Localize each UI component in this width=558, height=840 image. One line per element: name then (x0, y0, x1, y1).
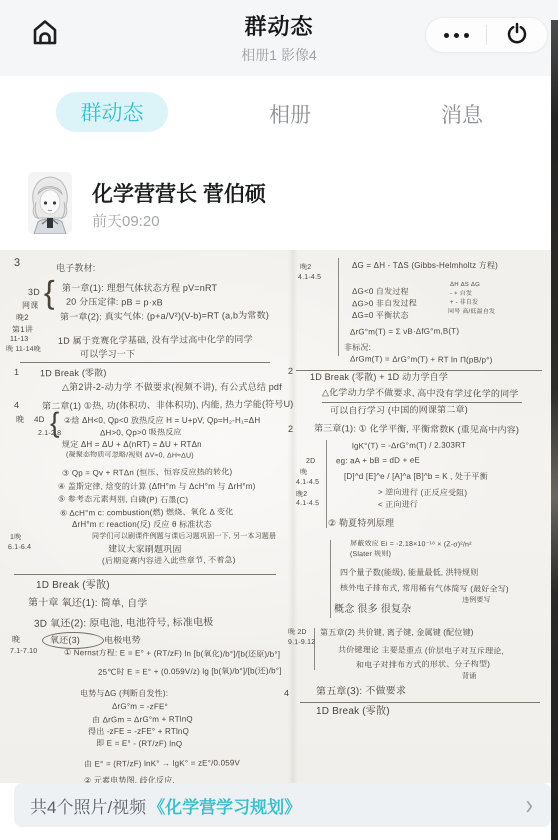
handwriting-line: 得出 -zFE = -zFE° + RTlnQ (88, 728, 189, 736)
handwriting-line: 晚2 (296, 491, 307, 498)
handwriting-line: 2.1-2.8 (38, 430, 61, 438)
handwriting-line: 1D Break (零散) (40, 369, 107, 379)
close-button[interactable] (487, 18, 547, 52)
handwriting-line: lgK°(T) = -ΔrG°m(T) / 2.303RT (352, 442, 466, 451)
handwriting-line: 网课 (22, 302, 38, 310)
tab-messages[interactable]: 消息 (422, 90, 502, 138)
album-title-link[interactable]: 《化学营学习规划》 (148, 793, 301, 818)
handwriting-line: 1晚 (10, 534, 21, 541)
handwriting-brace (326, 440, 327, 528)
handwriting-line: 第一章(1): 理想气体状态方程 pV=nRT (62, 284, 217, 293)
handwriting-line: 概念 很多 很复杂 (334, 605, 411, 616)
handwriting-line: ⑤ 参考态元素判别, 白磷(P) 石墨(C) (58, 495, 188, 505)
handwriting-line: ΔH ΔS ΔG (450, 282, 480, 289)
handwriting-line: 2D (306, 458, 315, 465)
handwriting-line: 规定 ΔH = ΔU + Δ(nRT) = ΔU + RTΔn (62, 441, 202, 449)
handwriting-line: 共价键理论 主要是重点 (价层电子对互斥理论, (338, 646, 504, 656)
handwriting-line: ④ 盖斯定律, 焓变的计算 (ΔfH°m 与 ΔcH°m 与 ΔrH°m) (58, 483, 256, 491)
handwriting-line: 同号 高/低温自发 (448, 309, 495, 316)
handwriting-line: ΔrH°m r: reaction(反) 反应 θ 标准状态 (72, 521, 212, 529)
handwriting-line: 由 E° = (RT/zF) lnK° → lgK° = zE°/0.059V (84, 759, 240, 769)
top-bar: 群动态 相册1 影像4 (0, 0, 558, 76)
handwriting-line: 晚 (300, 469, 307, 476)
handwriting-line: 4 (14, 401, 19, 410)
tab-bar: 群动态 相册 消息 (0, 90, 558, 138)
handwriting-line: 可以自行学习 (中国的网课第二章) (330, 405, 468, 416)
handwriting-line: 1D 属于竞赛化学基础, 没有学过高中化学的同学 (58, 335, 253, 346)
chevron-right-icon: › (526, 789, 535, 822)
handwriting-line: < 正向进行 (378, 501, 418, 510)
handwriting-line: (Slater 规则) (350, 551, 391, 559)
handwriting-line: 9.1-9.12 (288, 639, 315, 647)
tab-messages-label: 消息 (441, 99, 483, 129)
handwriting-line: 1D Break (零散) + 1D 动力学自学 (310, 373, 448, 382)
handwriting-line: 2 (288, 425, 293, 434)
handwriting-line: 非标况: (344, 344, 371, 352)
handwriting-line: 建议大家刷题巩固 (108, 545, 182, 555)
tab-group-moments[interactable]: 群动态 (56, 92, 168, 132)
handwriting-line: ② 勒夏特列原理 (328, 519, 394, 528)
handwriting-line: { (44, 276, 55, 310)
album-summary-bar[interactable]: 共4个照片/视频 《化学营学习规划》 › (14, 783, 551, 827)
handwriting-line: > 逆向进行 (正反应受阻) (378, 489, 467, 498)
handwriting-line: 违例要写 (462, 597, 491, 605)
handwriting-circle (42, 632, 104, 649)
handwriting-line: eg: aA + bB = dD + eE (336, 457, 420, 466)
handwriting-line: 4 (284, 689, 289, 698)
handwriting-line: 第1讲 (12, 326, 33, 335)
handwriting-line: 4.1-4.5 (296, 479, 319, 487)
handwriting-line: 1D Break (零散) (36, 581, 110, 592)
handwriting-line: ③ Qp = Qv + RTΔn (恒压、恒容反应热的转化) (62, 468, 232, 478)
handwriting-line: △化学动力学不做要求, 高中没有学过化学的同学 (322, 388, 519, 399)
handwriting-line: ΔrG°m(T) = Σ νB·ΔfG°m,B(T) (350, 328, 459, 337)
handwriting-line: 同学们可以刷课件例题与课后习题巩固一下, 另一本习题册 (92, 533, 276, 540)
handwriting-line: 屏蔽效应 Ei = -2.18×10⁻¹⁸ × (Z-σ)²/n² (350, 540, 472, 548)
handwriting-brace (314, 628, 315, 670)
handwriting-line: 电子教材: (56, 264, 96, 273)
group-moments-screen: 群动态 相册1 影像4 群动态 相册 (0, 0, 558, 840)
handwriting-line: 电势与ΔG (判断自发性): (80, 690, 168, 698)
handwriting-line: 2 (288, 367, 293, 376)
handwriting-line: 四个量子数(能级), 能量最低, 洪特规则 (340, 569, 478, 577)
handwriting-line: 11-13 (10, 336, 28, 343)
handwriting-line: 4.1-4.5 (298, 274, 321, 282)
handwriting-line: 背诵 (462, 673, 476, 680)
handwriting-line: 25℃时 E = E° + (0.059V/z) lg [b(氧)/b°]/[b… (98, 667, 282, 677)
handwriting-line: 第十章 氧还(1): 简单, 自学 (28, 598, 148, 610)
handwriting-line: 4.1-4.5 (296, 500, 319, 508)
handwriting-line: 1 (14, 368, 19, 377)
handwriting-line: 和电子对排布方式的形状、分子构型) (356, 660, 490, 670)
handwriting-line: ΔrG°m = -zFE° (112, 703, 168, 712)
handwriting-divider (322, 402, 522, 403)
post-timestamp: 前天09:20 (92, 210, 160, 231)
handwriting-line: 晚 (12, 636, 20, 644)
handwriting-line: △第2讲-2-动力学 不做要求(视频不讲), 有公式总结 pdf (62, 383, 282, 392)
handwriting-line: 3D (28, 288, 40, 298)
handwriting-line: 晚2 (300, 264, 311, 271)
handwriting-line: ΔG=0 平衡状态 (352, 312, 409, 320)
more-icon (444, 33, 469, 38)
handwriting-line: 7.1-7.10 (10, 648, 37, 655)
handwriting-line: ΔH>0, Qp>0 吸热反应 (100, 429, 182, 438)
handwriting-brace (338, 258, 339, 356)
notes-photo-layer: 3电子教材:{3D第一章(1): 理想气体状态方程 pV=nRT20 分压定律:… (0, 250, 558, 783)
handwriting-line: ②焓 ΔH<0, Qp<0 放热反应 H = U+pV, Qp=H₂-H₁=ΔH (64, 417, 260, 425)
post-author[interactable]: 化学营营长 菅伯硕 (92, 178, 266, 208)
handwriting-line: 由 ΔrGm = ΔrG°m + RTlnQ (92, 716, 193, 725)
handwriting-line: 第三章(1): ① 化学平衡, 平衡常数K (重见高中内容) (314, 424, 519, 435)
handwriting-line: 核外电子排布式, 常用稀有气体简写 (最好全写) (340, 584, 509, 594)
handwriting-line: 6.1-6.4 (8, 544, 31, 552)
handwriting-line: 晚2 (16, 314, 29, 323)
home-button[interactable] (26, 16, 64, 54)
handwriting-line: ⑥ ΔcH°m c: combustion(燃) 燃烧、氧化 Δ 变化 (60, 508, 233, 518)
handwriting-line: 第五章(2) 共价键, 离子键, 金属键 (配位键) (320, 629, 474, 637)
handwriting-line: (凝聚态物质可忽略/视则 ΔV≈0, ΔH≈ΔU) (66, 451, 194, 459)
handwriting-divider (300, 702, 540, 703)
handwriting-line: 即 E = E° - (RT/zF) lnQ (96, 740, 182, 749)
handwriting-line: 1D Break (零散) (316, 707, 390, 718)
handwriting-line: ① Nernst方程: E = E° + (RT/zF) ln [b(氧化)/b… (64, 649, 280, 659)
handwriting-line: 晚 2D (288, 629, 307, 637)
handwriting-line: ΔG<0 自发过程 (352, 288, 409, 297)
handwriting-line: 4D (34, 416, 45, 424)
handwriting-line: 第五章(3): 不做要求 (316, 687, 406, 698)
power-icon (505, 21, 529, 50)
tab-album[interactable]: 相册 (250, 90, 330, 138)
handwriting-brace (330, 540, 331, 618)
handwriting-line: - + 自发 (450, 291, 472, 297)
handwriting-line: (后期竞赛内容进入此些章节, 不着急) (102, 556, 236, 566)
handwriting-line: [D]^d [E]^e / [A]^a [B]^b = K , 处于平衡 (344, 473, 488, 481)
home-icon (28, 16, 62, 55)
handwriting-line: 第一章(2): 真实气体: (p+a/V²)(V-b)=RT (a,b为常数) (60, 311, 269, 322)
tab-group-moments-label: 群动态 (81, 97, 144, 127)
handwriting-line: 20 分压定律: pB = p·xB (66, 298, 163, 308)
handwriting-line: + - 非自发 (450, 300, 478, 306)
more-button[interactable] (426, 18, 486, 52)
handwriting-line: 晚 11-14晚 (6, 346, 41, 354)
handwriting-line: 电极电势 (104, 636, 141, 646)
handwriting-line: 3D 氧还(2): 原电池, 电池符号, 标准电极 (34, 618, 214, 630)
handwriting-line: ΔrGm(T) = ΔrG°m(T) + RT ln Π(pB/p°) (350, 355, 493, 365)
tab-album-label: 相册 (269, 99, 311, 129)
handwriting-line: 可以学习一下 (80, 350, 135, 359)
handwriting-line: 第二章(1) ①热, 功(体积功、非体积功), 内能, 热力学能(符号U) (42, 400, 294, 412)
handwriting-line: ΔG = ΔH - TΔS (Gibbs-Helmholtz 方程) (352, 262, 498, 270)
handwriting-line: ΔG>0 非自发过程 (352, 300, 417, 309)
handwriting-divider (14, 574, 276, 575)
avatar[interactable] (28, 172, 72, 234)
handwriting-line: 晚 (16, 416, 24, 424)
handwriting-divider (296, 370, 542, 371)
handwriting-line: 3 (14, 258, 20, 270)
handwriting-divider (20, 362, 270, 363)
media-count-text: 共4个照片/视频 (30, 793, 146, 818)
notes-photo[interactable]: 3电子教材:{3D第一章(1): 理想气体状态方程 pV=nRT20 分压定律:… (0, 250, 558, 783)
photo-edge-strip (551, 20, 558, 840)
miniprogram-capsule (425, 17, 548, 53)
